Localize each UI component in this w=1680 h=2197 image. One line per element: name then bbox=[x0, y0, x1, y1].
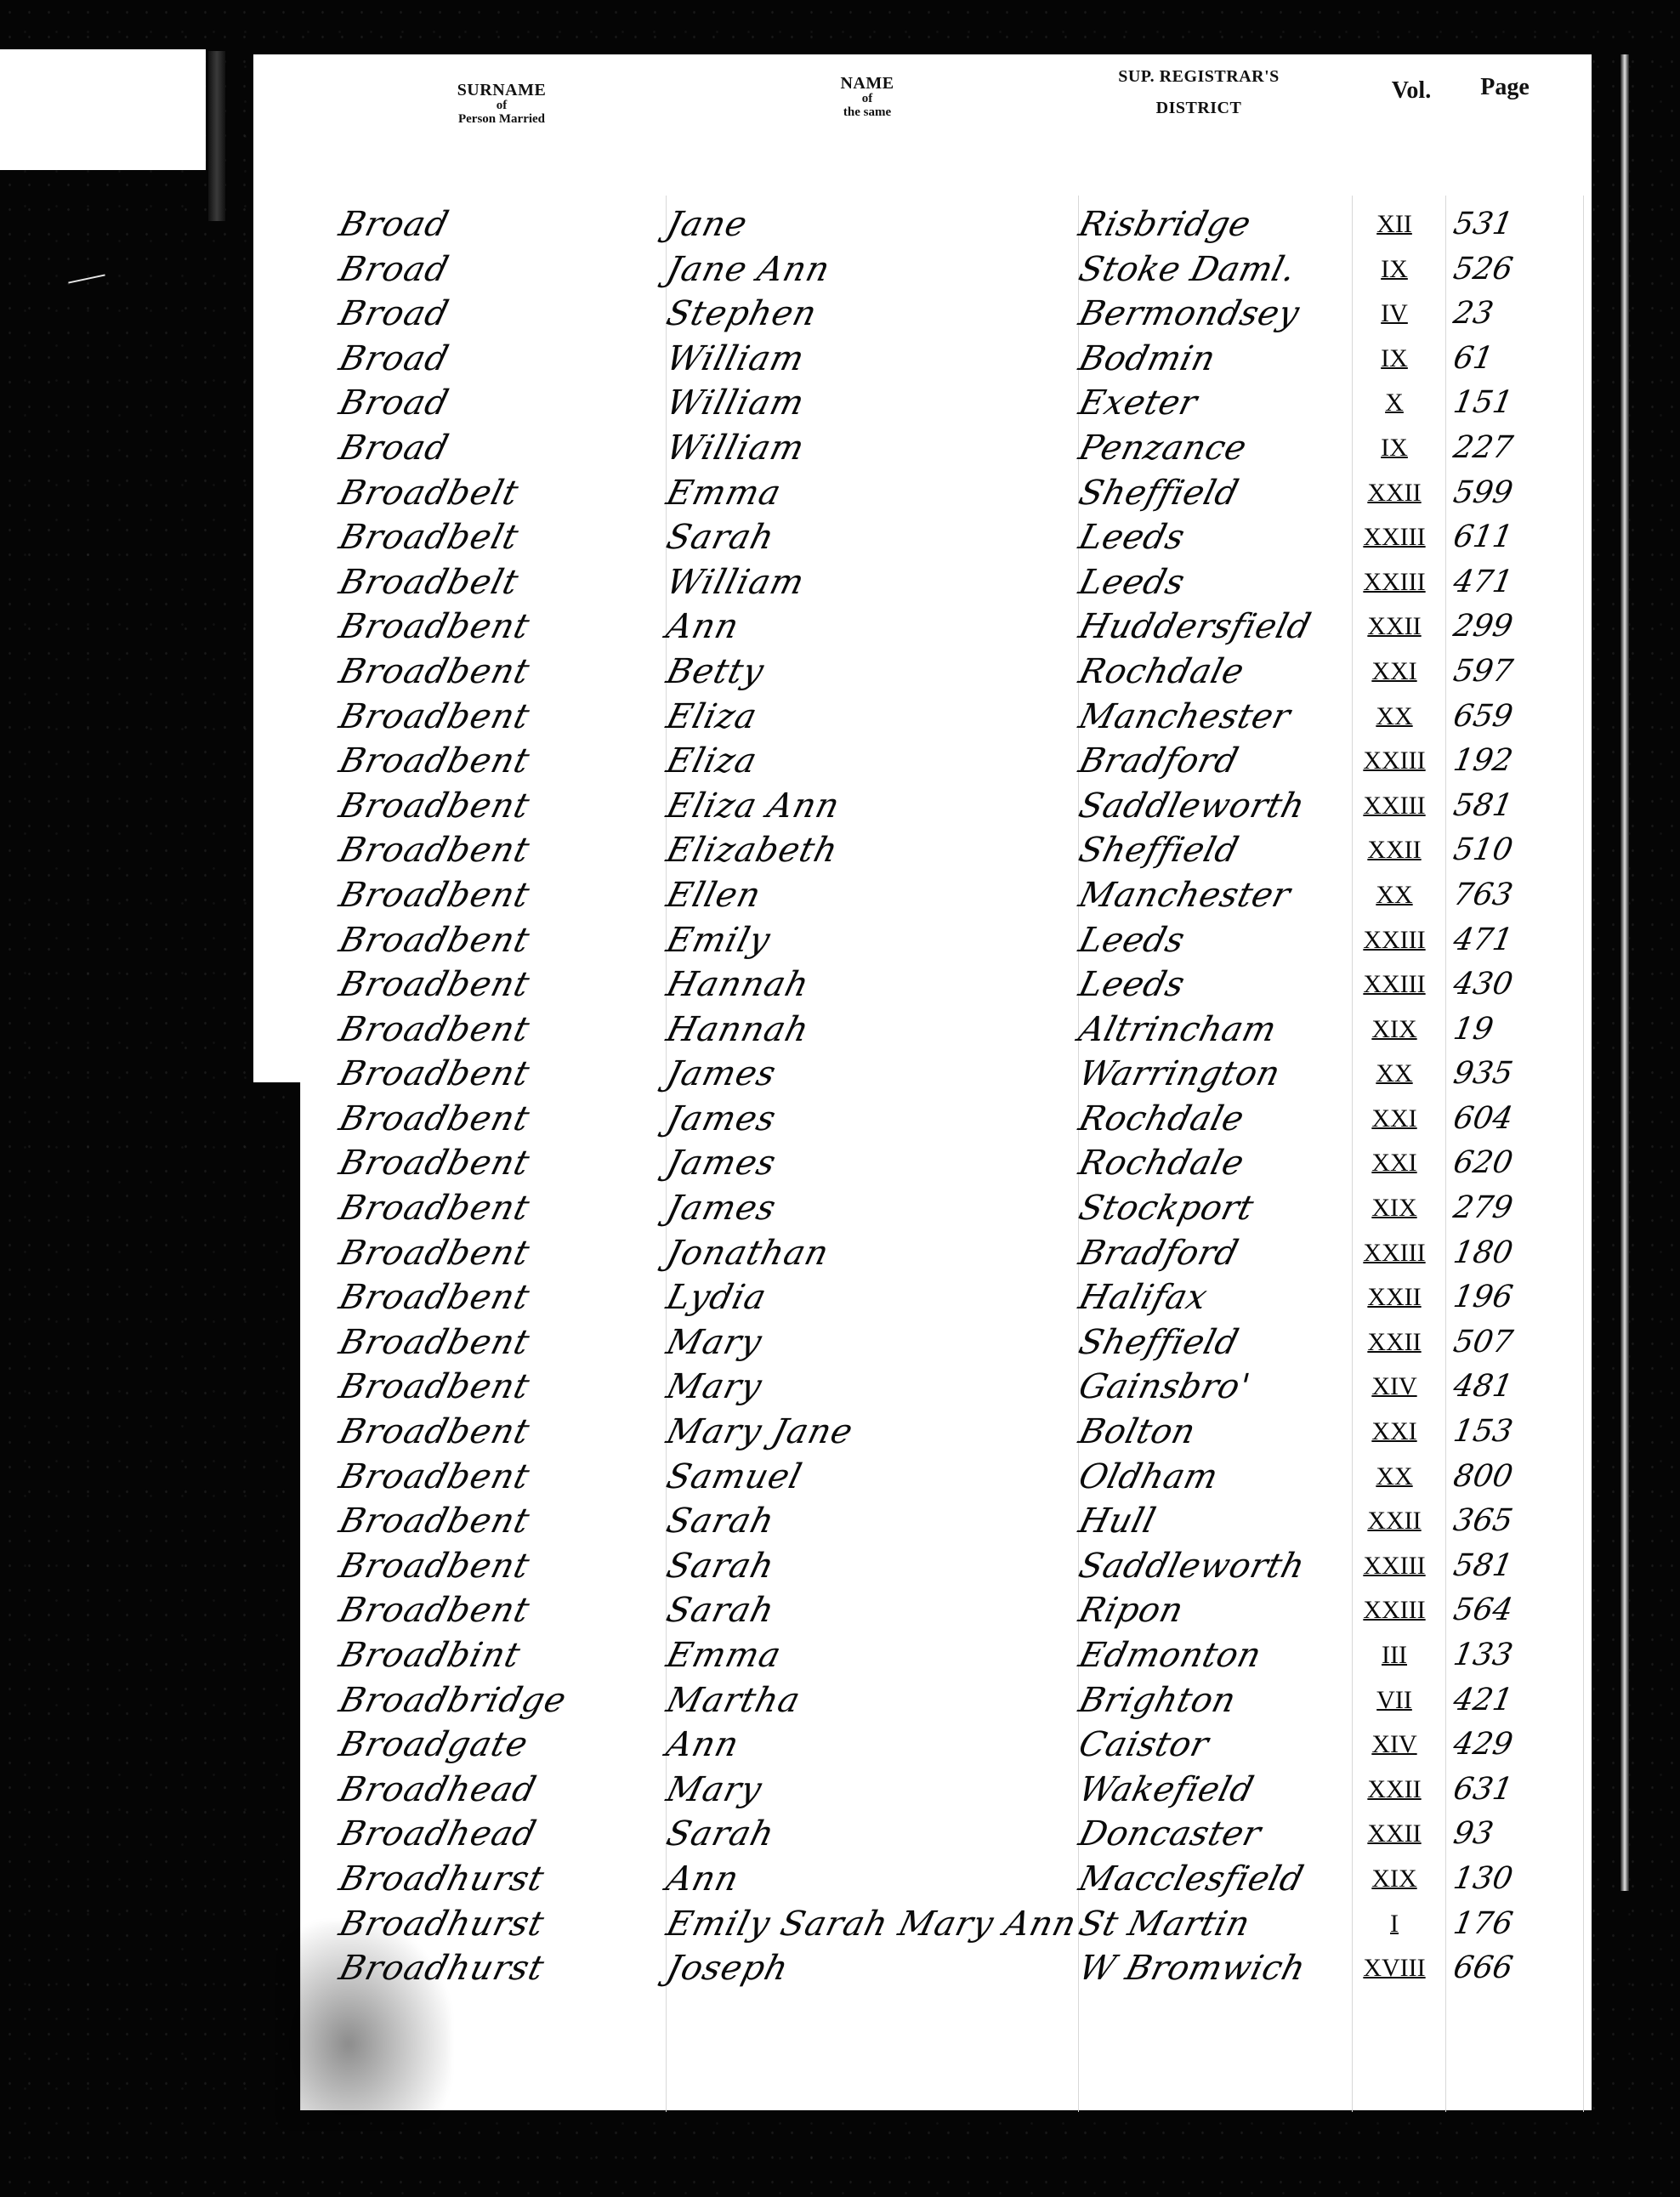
volume-cell: XII bbox=[1352, 202, 1437, 247]
table-row: BroadbentJamesRochdaleXXI604 bbox=[315, 1097, 1590, 1142]
given-name-cell: Sarah bbox=[662, 515, 780, 559]
volume-cell: XXII bbox=[1352, 605, 1437, 649]
table-row: BroadbentSamuelOldhamXX800 bbox=[315, 1455, 1590, 1500]
page-number-cell: 153 bbox=[1450, 1410, 1516, 1454]
district-cell: Stockport bbox=[1075, 1186, 1259, 1230]
district-cell: Stoke Daml. bbox=[1075, 247, 1301, 292]
district-cell: St Martin bbox=[1075, 1902, 1255, 1946]
district-cell: Bodmin bbox=[1075, 337, 1221, 381]
volume-cell: IX bbox=[1352, 247, 1437, 292]
district-cell: Bolton bbox=[1075, 1410, 1200, 1454]
header-district-line2: DISTRICT bbox=[1105, 99, 1292, 117]
volume-cell: XXI bbox=[1352, 650, 1437, 694]
volume-cell: XX bbox=[1352, 695, 1437, 739]
table-row: BroadbentElizaManchesterXX659 bbox=[315, 695, 1590, 740]
given-name-cell: Emily Sarah Mary Ann bbox=[662, 1902, 1081, 1946]
page-number-cell: 279 bbox=[1450, 1186, 1516, 1230]
volume-cell: XIX bbox=[1352, 1008, 1437, 1052]
page-number-cell: 471 bbox=[1450, 560, 1516, 605]
volume-cell: XIX bbox=[1352, 1857, 1437, 1901]
volume-cell: XXIII bbox=[1352, 1588, 1437, 1632]
header-name-line2: of bbox=[816, 93, 918, 106]
surname-cell: Broadhead bbox=[335, 1812, 542, 1856]
table-row: BroadbentSarahRiponXXIII564 bbox=[315, 1588, 1590, 1633]
page-number-cell: 604 bbox=[1450, 1097, 1516, 1141]
register-entries: BroadJaneRisbridgeXII531BroadJane AnnSto… bbox=[315, 202, 1590, 1991]
district-cell: Hull bbox=[1075, 1499, 1161, 1543]
surname-cell: Broadbent bbox=[335, 1365, 535, 1409]
table-row: BroadbentJamesRochdaleXXI620 bbox=[315, 1141, 1590, 1186]
page-number-cell: 421 bbox=[1450, 1678, 1516, 1723]
district-cell: Leeds bbox=[1075, 918, 1190, 962]
header-name-line1: NAME bbox=[816, 75, 918, 93]
district-cell: Edmonton bbox=[1075, 1633, 1266, 1678]
district-cell: Manchester bbox=[1075, 695, 1296, 739]
surname-cell: Broadhead bbox=[335, 1768, 542, 1812]
page-number-cell: 531 bbox=[1450, 202, 1516, 247]
district-cell: Caistor bbox=[1075, 1723, 1214, 1767]
page-number-cell: 526 bbox=[1450, 247, 1516, 292]
given-name-cell: Jonathan bbox=[662, 1231, 834, 1275]
district-cell: Bermondsey bbox=[1075, 292, 1304, 336]
surname-cell: Broadbent bbox=[335, 1499, 535, 1543]
district-cell: Manchester bbox=[1075, 873, 1296, 917]
header-name: NAME of the same bbox=[816, 75, 918, 120]
surname-cell: Broadbent bbox=[335, 1544, 535, 1588]
header-name-line3: the same bbox=[816, 106, 918, 120]
surname-cell: Broadbelt bbox=[335, 560, 524, 605]
page-number-cell: 611 bbox=[1450, 515, 1516, 559]
table-row: BroadbentAnnHuddersfieldXXII299 bbox=[315, 605, 1590, 650]
volume-cell: XXII bbox=[1352, 1812, 1437, 1856]
table-row: BroadbeltWilliamLeedsXXIII471 bbox=[315, 560, 1590, 605]
table-row: BroadbentSarahHullXXII365 bbox=[315, 1499, 1590, 1544]
volume-cell: XX bbox=[1352, 1455, 1437, 1499]
surname-cell: Broad bbox=[335, 337, 454, 381]
volume-cell: XXIII bbox=[1352, 515, 1437, 559]
district-cell: Leeds bbox=[1075, 560, 1190, 605]
surname-cell: Broadbint bbox=[335, 1633, 525, 1678]
page-number-cell: 599 bbox=[1450, 471, 1516, 515]
given-name-cell: William bbox=[662, 337, 809, 381]
district-cell: Sheffield bbox=[1075, 828, 1244, 872]
page-number-cell: 763 bbox=[1450, 873, 1516, 917]
given-name-cell: Jane Ann bbox=[662, 247, 835, 292]
volume-cell: XXIII bbox=[1352, 1231, 1437, 1275]
page-number-cell: 666 bbox=[1450, 1946, 1516, 1990]
table-row: BroadJaneRisbridgeXII531 bbox=[315, 202, 1590, 247]
page-number-cell: 631 bbox=[1450, 1768, 1516, 1812]
district-cell: Penzance bbox=[1075, 426, 1251, 470]
table-row: BroadhurstAnnMacclesfieldXIX130 bbox=[315, 1857, 1590, 1902]
given-name-cell: Stephen bbox=[662, 292, 822, 336]
given-name-cell: Joseph bbox=[662, 1946, 794, 1990]
surname-cell: Broadbelt bbox=[335, 515, 524, 559]
given-name-cell: Sarah bbox=[662, 1544, 780, 1588]
surname-cell: Broadbent bbox=[335, 828, 535, 872]
page-number-cell: 471 bbox=[1450, 918, 1516, 962]
page-number-cell: 180 bbox=[1450, 1231, 1516, 1275]
header-page: Page bbox=[1462, 75, 1547, 99]
district-cell: Brighton bbox=[1075, 1678, 1241, 1723]
volume-cell: XXII bbox=[1352, 1275, 1437, 1320]
page-number-cell: 61 bbox=[1450, 337, 1496, 381]
given-name-cell: Eliza bbox=[662, 739, 763, 783]
given-name-cell: James bbox=[662, 1097, 781, 1141]
surname-cell: Broadbent bbox=[335, 1008, 535, 1052]
film-edge-strip bbox=[1620, 54, 1629, 1891]
header-surname-line1: SURNAME bbox=[425, 82, 578, 99]
table-row: BroadbeltEmmaSheffieldXXII599 bbox=[315, 471, 1590, 516]
district-cell: Halifax bbox=[1075, 1275, 1212, 1320]
table-row: BroadbentJonathanBradfordXXIII180 bbox=[315, 1231, 1590, 1276]
district-cell: Rochdale bbox=[1075, 1141, 1249, 1185]
district-cell: Warrington bbox=[1075, 1052, 1286, 1096]
given-name-cell: Sarah bbox=[662, 1588, 780, 1632]
given-name-cell: Ann bbox=[662, 1857, 744, 1901]
volume-cell: XXII bbox=[1352, 471, 1437, 515]
volume-cell: XIV bbox=[1352, 1365, 1437, 1409]
surname-cell: Broadbent bbox=[335, 1275, 535, 1320]
page-number-cell: 507 bbox=[1450, 1320, 1516, 1365]
page-number-cell: 620 bbox=[1450, 1141, 1516, 1185]
given-name-cell: Mary bbox=[662, 1768, 767, 1812]
table-row: BroadgateAnnCaistorXIV429 bbox=[315, 1723, 1590, 1768]
district-cell: Saddleworth bbox=[1075, 1544, 1310, 1588]
volume-cell: VII bbox=[1352, 1678, 1437, 1723]
table-row: BroadbintEmmaEdmontonIII133 bbox=[315, 1633, 1590, 1678]
volume-cell: XXII bbox=[1352, 828, 1437, 872]
given-name-cell: Hannah bbox=[662, 1008, 814, 1052]
surname-cell: Broadbent bbox=[335, 873, 535, 917]
given-name-cell: Sarah bbox=[662, 1812, 780, 1856]
page-number-cell: 23 bbox=[1450, 292, 1496, 336]
surname-cell: Broadbent bbox=[335, 918, 535, 962]
given-name-cell: Mary bbox=[662, 1365, 767, 1409]
table-row: BroadbentLydiaHalifaxXXII196 bbox=[315, 1275, 1590, 1320]
given-name-cell: Mary bbox=[662, 1320, 767, 1365]
table-row: BroadhurstJosephW BromwichXVIII666 bbox=[315, 1946, 1590, 1991]
given-name-cell: Ann bbox=[662, 1723, 744, 1767]
volume-cell: XX bbox=[1352, 1052, 1437, 1096]
surname-cell: Broadbent bbox=[335, 1231, 535, 1275]
given-name-cell: Betty bbox=[662, 650, 769, 694]
surname-cell: Broadbent bbox=[335, 1141, 535, 1185]
page-number-cell: 430 bbox=[1450, 962, 1516, 1007]
volume-cell: X bbox=[1352, 381, 1437, 425]
volume-cell: XIV bbox=[1352, 1723, 1437, 1767]
page-number-cell: 481 bbox=[1450, 1365, 1516, 1409]
district-cell: Leeds bbox=[1075, 962, 1190, 1007]
table-row: BroadbentJamesWarringtonXX935 bbox=[315, 1052, 1590, 1097]
surname-cell: Broadbent bbox=[335, 695, 535, 739]
volume-cell: XXIII bbox=[1352, 1544, 1437, 1588]
surname-cell: Broadbent bbox=[335, 1455, 535, 1499]
page-number-cell: 19 bbox=[1450, 1008, 1496, 1052]
page-number-cell: 133 bbox=[1450, 1633, 1516, 1678]
volume-cell: XXII bbox=[1352, 1320, 1437, 1365]
volume-cell: XXIII bbox=[1352, 739, 1437, 783]
given-name-cell: Elizabeth bbox=[662, 828, 843, 872]
table-row: BroadWilliamExeterX151 bbox=[315, 381, 1590, 426]
given-name-cell: Ellen bbox=[662, 873, 766, 917]
table-row: BroadbentEmilyLeedsXXIII471 bbox=[315, 918, 1590, 963]
surname-cell: Broadhurst bbox=[335, 1857, 549, 1901]
surname-cell: Broadbent bbox=[335, 1052, 535, 1096]
given-name-cell: James bbox=[662, 1052, 781, 1096]
page-number-cell: 176 bbox=[1450, 1902, 1516, 1946]
volume-cell: XXIII bbox=[1352, 918, 1437, 962]
given-name-cell: Sarah bbox=[662, 1499, 780, 1543]
volume-cell: XX bbox=[1352, 873, 1437, 917]
given-name-cell: Jane bbox=[662, 202, 752, 247]
table-row: BroadbentHannahLeedsXXIII430 bbox=[315, 962, 1590, 1008]
page-number-cell: 935 bbox=[1450, 1052, 1516, 1096]
page-number-cell: 227 bbox=[1450, 426, 1516, 470]
district-cell: Ripon bbox=[1075, 1588, 1189, 1632]
surname-cell: Broadbent bbox=[335, 605, 535, 649]
given-name-cell: Eliza bbox=[662, 695, 763, 739]
surname-cell: Broadbent bbox=[335, 1588, 535, 1632]
given-name-cell: Mary Jane bbox=[662, 1410, 859, 1454]
table-row: BroadbentElizaBradfordXXIII192 bbox=[315, 739, 1590, 784]
district-cell: Oldham bbox=[1075, 1455, 1223, 1499]
surname-cell: Broad bbox=[335, 381, 454, 425]
surname-cell: Broadbent bbox=[335, 784, 535, 828]
district-cell: Rochdale bbox=[1075, 650, 1249, 694]
header-district-line1: SUP. REGISTRAR'S bbox=[1105, 68, 1292, 86]
given-name-cell: Emily bbox=[662, 918, 775, 962]
volume-cell: XIX bbox=[1352, 1186, 1437, 1230]
given-name-cell: Eliza Ann bbox=[662, 784, 845, 828]
given-name-cell: James bbox=[662, 1141, 781, 1185]
page-number-cell: 299 bbox=[1450, 605, 1516, 649]
table-row: BroadbentMaryGainsbro'XIV481 bbox=[315, 1365, 1590, 1410]
district-cell: Leeds bbox=[1075, 515, 1190, 559]
table-row: BroadbentSarahSaddleworthXXIII581 bbox=[315, 1544, 1590, 1589]
page-number-cell: 365 bbox=[1450, 1499, 1516, 1543]
table-row: BroadbentHannahAltrinchamXIX19 bbox=[315, 1008, 1590, 1053]
given-name-cell: James bbox=[662, 1186, 781, 1230]
table-row: BroadheadSarahDoncasterXXII93 bbox=[315, 1812, 1590, 1857]
surname-cell: Broadbridge bbox=[335, 1678, 571, 1723]
district-cell: W Bromwich bbox=[1075, 1946, 1311, 1990]
district-cell: Sheffield bbox=[1075, 1320, 1244, 1365]
volume-cell: XXII bbox=[1352, 1499, 1437, 1543]
table-row: BroadJane AnnStoke Daml.IX526 bbox=[315, 247, 1590, 292]
table-row: BroadbentBettyRochdaleXXI597 bbox=[315, 650, 1590, 695]
given-name-cell: William bbox=[662, 426, 809, 470]
page-number-cell: 581 bbox=[1450, 784, 1516, 828]
surname-cell: Broad bbox=[335, 202, 454, 247]
page-number-cell: 93 bbox=[1450, 1812, 1496, 1856]
district-cell: Altrincham bbox=[1075, 1008, 1281, 1052]
page-number-cell: 510 bbox=[1450, 828, 1516, 872]
surname-cell: Broadbent bbox=[335, 1097, 535, 1141]
page-number-cell: 659 bbox=[1450, 695, 1516, 739]
given-name-cell: Samuel bbox=[662, 1455, 807, 1499]
surname-cell: Broadbent bbox=[335, 650, 535, 694]
header-surname: SURNAME of Person Married bbox=[425, 82, 578, 127]
surname-cell: Broadbent bbox=[335, 739, 535, 783]
surname-cell: Broad bbox=[335, 426, 454, 470]
volume-cell: XXI bbox=[1352, 1097, 1437, 1141]
page-number-cell: 429 bbox=[1450, 1723, 1516, 1767]
volume-cell: I bbox=[1352, 1902, 1437, 1946]
given-name-cell: William bbox=[662, 560, 809, 605]
volume-cell: IV bbox=[1352, 292, 1437, 336]
district-cell: Rochdale bbox=[1075, 1097, 1249, 1141]
volume-cell: XXIII bbox=[1352, 560, 1437, 605]
table-row: BroadbentMarySheffieldXXII507 bbox=[315, 1320, 1590, 1365]
district-cell: Risbridge bbox=[1075, 202, 1256, 247]
district-cell: Bradford bbox=[1075, 739, 1244, 783]
district-cell: Sheffield bbox=[1075, 471, 1244, 515]
table-row: BroadStephenBermondseyIV23 bbox=[315, 292, 1590, 337]
surname-cell: Broadbent bbox=[335, 962, 535, 1007]
table-row: BroadbeltSarahLeedsXXIII611 bbox=[315, 515, 1590, 560]
table-row: BroadhurstEmily Sarah Mary AnnSt MartinI… bbox=[315, 1902, 1590, 1947]
given-name-cell: Martha bbox=[662, 1678, 806, 1723]
volume-cell: XXIII bbox=[1352, 784, 1437, 828]
district-cell: Huddersfield bbox=[1075, 605, 1316, 649]
volume-cell: IX bbox=[1352, 337, 1437, 381]
header-district: SUP. REGISTRAR'S DISTRICT bbox=[1105, 68, 1292, 117]
page-number-cell: 196 bbox=[1450, 1275, 1516, 1320]
district-cell: Wakefield bbox=[1075, 1768, 1259, 1812]
table-row: BroadbridgeMarthaBrightonVII421 bbox=[315, 1678, 1590, 1723]
surname-cell: Broadhurst bbox=[335, 1946, 549, 1990]
page-number-cell: 151 bbox=[1450, 381, 1516, 425]
table-row: BroadheadMaryWakefieldXXII631 bbox=[315, 1768, 1590, 1813]
page-number-cell: 564 bbox=[1450, 1588, 1516, 1632]
given-name-cell: William bbox=[662, 381, 809, 425]
table-row: BroadbentEllenManchesterXX763 bbox=[315, 873, 1590, 918]
given-name-cell: Lydia bbox=[662, 1275, 772, 1320]
volume-cell: XXI bbox=[1352, 1141, 1437, 1185]
volume-cell: III bbox=[1352, 1633, 1437, 1678]
page-number-cell: 192 bbox=[1450, 739, 1516, 783]
table-row: BroadWilliamBodminIX61 bbox=[315, 337, 1590, 382]
district-cell: Bradford bbox=[1075, 1231, 1244, 1275]
table-row: BroadbentJamesStockportXIX279 bbox=[315, 1186, 1590, 1231]
surname-cell: Broad bbox=[335, 292, 454, 336]
surname-cell: Broadhurst bbox=[335, 1902, 549, 1946]
volume-cell: XXIII bbox=[1352, 962, 1437, 1007]
page-number-cell: 581 bbox=[1450, 1544, 1516, 1588]
surname-cell: Broad bbox=[335, 247, 454, 292]
surname-cell: Broadbent bbox=[335, 1410, 535, 1454]
volume-cell: XXII bbox=[1352, 1768, 1437, 1812]
page-number-cell: 800 bbox=[1450, 1455, 1516, 1499]
district-cell: Exeter bbox=[1075, 381, 1202, 425]
table-row: BroadbentMary JaneBoltonXXI153 bbox=[315, 1410, 1590, 1455]
page-number-cell: 597 bbox=[1450, 650, 1516, 694]
header-vol: Vol. bbox=[1377, 78, 1445, 103]
district-cell: Saddleworth bbox=[1075, 784, 1310, 828]
volume-cell: XVIII bbox=[1352, 1946, 1437, 1990]
table-row: BroadWilliamPenzanceIX227 bbox=[315, 426, 1590, 471]
volume-cell: IX bbox=[1352, 426, 1437, 470]
table-row: BroadbentEliza AnnSaddleworthXXIII581 bbox=[315, 784, 1590, 829]
page-number-cell: 130 bbox=[1450, 1857, 1516, 1901]
surname-cell: Broadbent bbox=[335, 1186, 535, 1230]
surname-cell: Broadbent bbox=[335, 1320, 535, 1365]
volume-cell: XXI bbox=[1352, 1410, 1437, 1454]
surname-cell: Broadgate bbox=[335, 1723, 533, 1767]
header-surname-line3: Person Married bbox=[425, 113, 578, 127]
district-cell: Macclesfield bbox=[1075, 1857, 1308, 1901]
surname-cell: Broadbelt bbox=[335, 471, 524, 515]
given-name-cell: Emma bbox=[662, 1633, 786, 1678]
blank-label-tab bbox=[0, 49, 206, 170]
given-name-cell: Emma bbox=[662, 471, 786, 515]
given-name-cell: Ann bbox=[662, 605, 744, 649]
binding-shadow bbox=[208, 51, 225, 221]
header-surname-line2: of bbox=[425, 99, 578, 113]
district-cell: Gainsbro' bbox=[1075, 1365, 1255, 1409]
given-name-cell: Hannah bbox=[662, 962, 814, 1007]
table-row: BroadbentElizabethSheffieldXXII510 bbox=[315, 828, 1590, 873]
district-cell: Doncaster bbox=[1075, 1812, 1266, 1856]
